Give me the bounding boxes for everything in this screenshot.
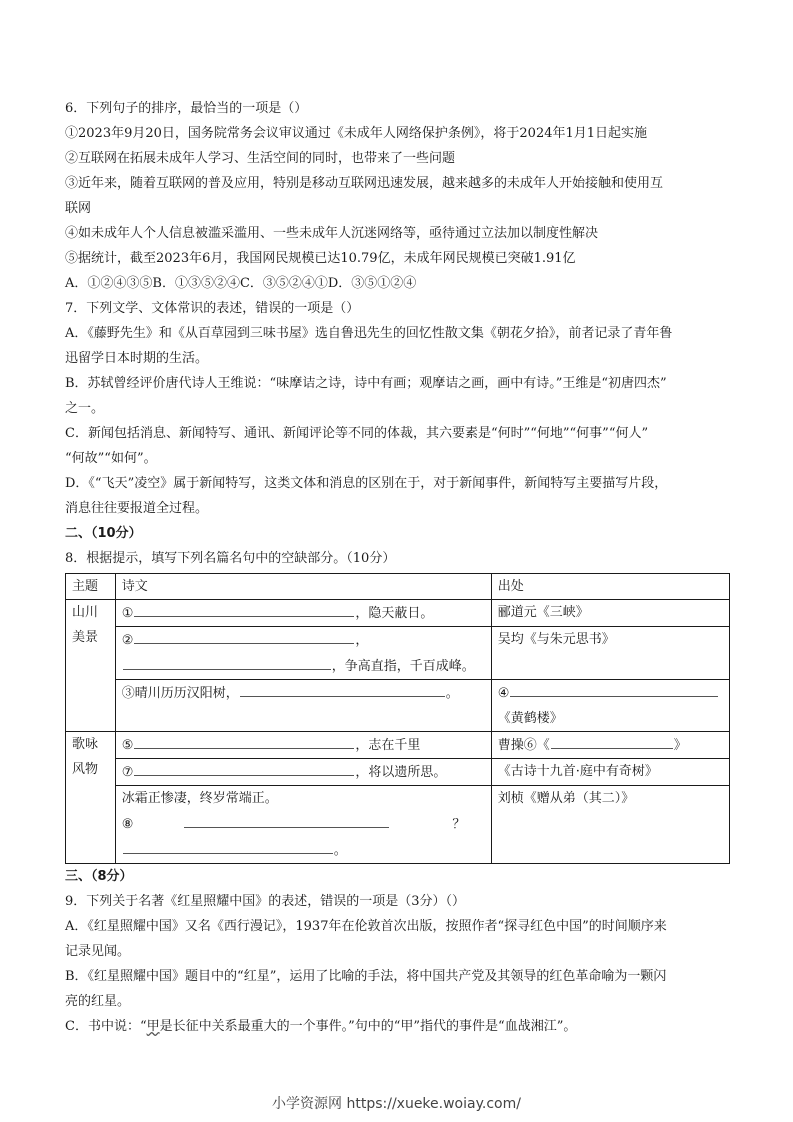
q6-sentence-1: ①2023年9月20日，国务院常务会议审议通过《未成年人网络保护条例》，将于20… [65,121,730,146]
source-cell-1: 郦道元《三峡》 [491,600,729,627]
poem-text: 。 [446,686,459,701]
fill-blank-8b[interactable] [123,837,333,854]
table-row: 山川美景 ①，隐天蔽日。 郦道元《三峡》 [66,600,730,627]
q6-sentence-4: ④如未成年人个人信息被滥采滥用、一些未成年人沉迷网络等，亟待通过立法加以制度性解… [65,221,730,246]
fill-blank-4[interactable] [510,680,718,697]
poem-text: 。 [334,843,347,858]
source-cell-3: ④ 《黄鹤楼》 [491,680,729,732]
q9-option-a: A．《红星照耀中国》又名《西行漫记》，1937年在伦敦首次出版，按照作者“探寻红… [65,914,730,939]
poem-text: ，志在千里 [355,738,420,753]
q6-stem: 6．下列句子的排序，最恰当的一项是（） [65,96,730,121]
source-cell-7: 《古诗十九首·庭中有奇树》 [491,759,729,786]
q8-stem: 8．根据提示，填写下列名篇名句中的空缺部分。（10分） [65,546,730,571]
blank-marker-8: ⑧ [122,817,134,832]
theme-objects: 歌咏风物 [66,732,116,864]
q6-options: A．①②④③⑤B．①③⑤②④C．③⑤②④①D．③⑤①②④ [65,271,730,296]
poem-text: ③晴川历历汉阳树， [122,686,239,701]
blank-marker-2: ② [122,633,134,648]
poem-text: ，将以遗所思。 [355,765,446,780]
poem-cell-5: ⑤，志在千里 [115,732,491,759]
q9-option-b-cont: 亮的红星。 [65,989,730,1014]
header-poem: 诗文 [115,574,491,600]
table-row: ⑦，将以遗所思。 《古诗十九首·庭中有奇树》 [66,759,730,786]
section-2-heading: 二、（10分） [65,521,730,546]
q7-option-a-cont: 迅留学日本时期的生活。 [65,346,730,371]
fill-blank-6[interactable] [551,732,673,749]
poem-cell-2: ②， ，争高直指，千百成峰。 [115,627,491,680]
exam-page: 6．下列句子的排序，最恰当的一项是（） ①2023年9月20日，国务院常务会议审… [65,96,730,1039]
q7-option-b: B．苏轼曾经评价唐代诗人王维说：“味摩诘之诗，诗中有画；观摩诘之画，画中有诗。”… [65,371,730,396]
source-cell-8: 刘桢《赠从弟（其二）》 [491,786,729,864]
header-theme: 主题 [66,574,116,600]
blank-marker-5: ⑤ [122,738,134,753]
table-row: ②， ，争高直指，千百成峰。 吴均《与朱元思书》 [66,627,730,680]
source-text: 》 [674,738,687,753]
q7-stem: 7．下列文学、文体常识的表述，错误的一项是（） [65,296,730,321]
blank-marker-7: ⑦ [122,765,134,780]
blank-marker-1: ① [122,606,134,621]
poem-cell-3: ③晴川历历汉阳树，。 [115,680,491,732]
text: C．书中说：“ [65,1019,147,1034]
text: 是长征中关系最重大的一个事件。”句中的“甲”指代的事件是“血战湘江”。 [160,1019,577,1034]
wavy-underlined-char: 甲 [147,1019,160,1034]
poem-text: 冰霜正惨凄，终岁常端正。 [122,786,485,811]
q7-option-a: A．《藤野先生》和《从百草园到三味书屋》选自鲁迅先生的回忆性散文集《朝花夕拾》，… [65,321,730,346]
q6-sentence-3: ③近年来，随着互联网的普及应用，特别是移动互联网迅速发展，越来越多的未成年人开始… [65,171,730,196]
poem-cell-7: ⑦，将以遗所思。 [115,759,491,786]
source-text: 曹操⑥《 [498,738,550,753]
poem-text: ？ [452,817,465,832]
q7-option-d: D．《“飞天”凌空》属于新闻特写，这类文体和消息的区别在于，对于新闻事件，新闻特… [65,471,730,496]
poem-cell-1: ①，隐天蔽日。 [115,600,491,627]
watermark: 小学资源网 https://xueke.woiay.com/ [0,1093,793,1113]
q6-sentence-3-cont: 联网 [65,196,730,221]
q7-option-b-cont: 之一。 [65,396,730,421]
table-header-row: 主题 诗文 出处 [66,574,730,600]
q9-option-a-cont: 记录见闻。 [65,939,730,964]
fill-blank-2a[interactable] [134,627,354,644]
table-row: 歌咏风物 ⑤，志在千里 曹操⑥《》 [66,732,730,759]
q7-option-d-cont: 消息往往要报道全过程。 [65,496,730,521]
fill-blank-2b[interactable] [123,653,331,670]
q6-sentence-2: ②互联网在拓展未成年人学习、生活空间的同时，也带来了一些问题 [65,146,730,171]
q9-option-c: C．书中说：“甲是长征中关系最重大的一个事件。”句中的“甲”指代的事件是“血战湘… [65,1014,730,1039]
poem-text: ，争高直指，千百成峰。 [332,659,475,674]
q7-option-c: C．新闻包括消息、新闻特写、通讯、新闻评论等不同的体裁，其六要素是“何时”“何地… [65,421,730,446]
q6-sentence-5: ⑤据统计，截至2023年6月，我国网民规模已达10.79亿，未成年网民规模已突破… [65,246,730,271]
theme-landscape: 山川美景 [66,600,116,732]
blank-marker-4: ④ [498,686,510,701]
fill-blank-5[interactable] [134,732,354,749]
fill-blank-3[interactable] [240,680,445,697]
fill-blank-1[interactable] [134,600,354,617]
source-cell-2: 吴均《与朱元思书》 [491,627,729,680]
poem-cell-8: 冰霜正惨凄，终岁常端正。 ⑧？ 。 [115,786,491,864]
fill-blank-8a[interactable] [184,811,389,828]
section-3-heading: 三、（8分） [65,864,730,889]
poem-text: ， [355,633,368,648]
q7-option-c-cont: “何故”“如何”。 [65,446,730,471]
table-row: 冰霜正惨凄，终岁常端正。 ⑧？ 。 刘桢《赠从弟（其二）》 [66,786,730,864]
source-text: 《黄鹤楼》 [498,706,723,731]
source-cell-5: 曹操⑥《》 [491,732,729,759]
header-source: 出处 [491,574,729,600]
fill-blank-7[interactable] [134,759,354,776]
poem-text: ，隐天蔽日。 [355,606,433,621]
q9-stem: 9．下列关于名著《红星照耀中国》的表述，错误的一项是（3分）（） [65,889,730,914]
table-row: ③晴川历历汉阳树，。 ④ 《黄鹤楼》 [66,680,730,732]
q9-option-b: B．《红星照耀中国》题目中的“红星”，运用了比喻的手法，将中国共产党及其领导的红… [65,964,730,989]
poem-fill-table: 主题 诗文 出处 山川美景 ①，隐天蔽日。 郦道元《三峡》 ②， ，争高直指，千… [65,573,730,864]
